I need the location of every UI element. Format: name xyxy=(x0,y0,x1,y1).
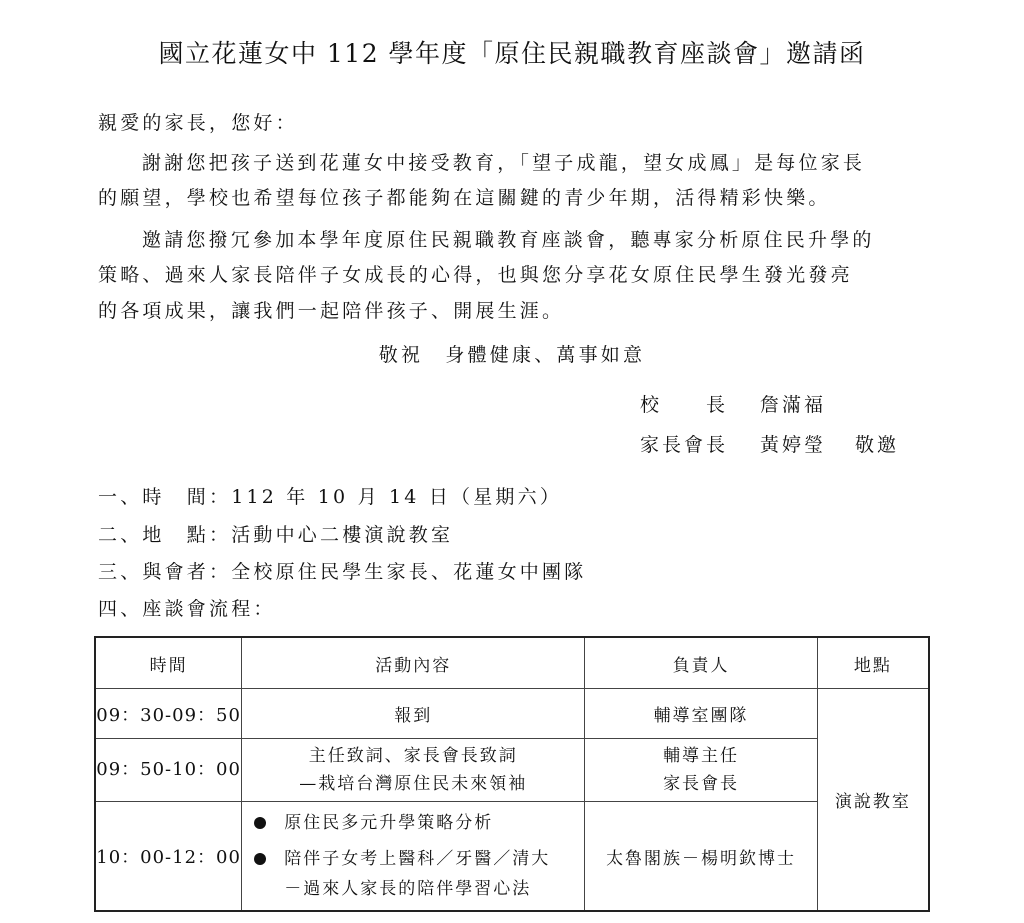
header-owner: 負責人 xyxy=(585,637,817,689)
detail-time-value: 112 年 10 月 14 日（星期六） xyxy=(231,486,562,508)
detail-location: 二、地 點：活動中心二樓演說教室 xyxy=(98,520,453,547)
pta-title: 家長會長 xyxy=(640,430,728,457)
row-time: 09：30-09：50 xyxy=(95,689,242,739)
invite-sign: 敬邀 xyxy=(855,430,899,457)
table-row: 10：00-12：00 原住民多元升學策略分析 陪伴子女考上醫科／牙醫／清大 －… xyxy=(95,802,929,912)
row-location: 演說教室 xyxy=(817,689,929,912)
bullet-icon xyxy=(254,817,266,829)
header-location: 地點 xyxy=(817,637,929,689)
paragraph2-line2: 策略、過來人家長陪伴子女成長的心得，也與您分享花女原住民學生發光發亮 xyxy=(98,260,853,287)
principal-name: 詹滿福 xyxy=(760,390,826,417)
detail-time: 一、時 間：112 年 10 月 14 日（星期六） xyxy=(98,482,562,509)
bullet-text: 陪伴子女考上醫科／牙醫／清大 xyxy=(284,844,550,874)
activity-line: 主任致詞、家長會長致詞 xyxy=(242,742,584,770)
schedule-table: 時間 活動內容 負責人 地點 09：30-09：50 報到 輔導室團隊 演說教室… xyxy=(94,636,930,912)
greeting: 親愛的家長，您好： xyxy=(98,108,298,135)
detail-attendees-label: 三、與會者： xyxy=(98,561,231,583)
row-activity: 原住民多元升學策略分析 陪伴子女考上醫科／牙醫／清大 －過來人家長的陪伴學習心法 xyxy=(242,802,585,912)
detail-attendees-value: 全校原住民學生家長、花蓮女中團隊 xyxy=(231,561,586,583)
detail-location-label: 二、地 點： xyxy=(98,524,231,546)
detail-attendees: 三、與會者：全校原住民學生家長、花蓮女中團隊 xyxy=(98,557,586,584)
detail-time-label: 一、時 間： xyxy=(98,486,231,508)
pta-name: 黃婷瑩 xyxy=(760,430,826,457)
page-title: 國立花蓮女中 112 學年度「原住民親職教育座談會」邀請函 xyxy=(0,34,1024,70)
bullet-text: 原住民多元升學策略分析 xyxy=(284,808,493,838)
owner-line: 輔導主任 xyxy=(585,742,816,770)
bullet-item: 陪伴子女考上醫科／牙醫／清大 xyxy=(254,844,584,874)
row-owner: 太魯閣族－楊明欽博士 xyxy=(585,802,817,912)
row-activity: 報到 xyxy=(242,689,585,739)
paragraph2-line3: 的各項成果，讓我們一起陪伴孩子、開展生涯。 xyxy=(98,296,564,323)
row-owner: 輔導室團隊 xyxy=(585,689,817,739)
row-owner: 輔導主任 家長會長 xyxy=(585,739,817,802)
activity-line: —栽培台灣原住民未來領袖 xyxy=(242,770,584,798)
bullet-continuation: －過來人家長的陪伴學習心法 xyxy=(254,874,584,904)
paragraph1-line1: 謝謝您把孩子送到花蓮女中接受教育，「望子成龍，望女成鳳」是每位家長 xyxy=(142,148,865,175)
bullet-icon xyxy=(254,853,266,865)
detail-location-value: 活動中心二樓演說教室 xyxy=(231,524,453,546)
owner-line: 家長會長 xyxy=(585,770,816,798)
bullet-item: 原住民多元升學策略分析 xyxy=(254,808,584,838)
row-activity: 主任致詞、家長會長致詞 —栽培台灣原住民未來領袖 xyxy=(242,739,585,802)
detail-agenda-label: 四、座談會流程： xyxy=(98,598,276,620)
principal-title: 校 長 xyxy=(640,390,728,417)
table-row: 09：50-10：00 主任致詞、家長會長致詞 —栽培台灣原住民未來領袖 輔導主… xyxy=(95,739,929,802)
table-header-row: 時間 活動內容 負責人 地點 xyxy=(95,637,929,689)
paragraph2-line1: 邀請您撥冗參加本學年度原住民親職教育座談會，聽專家分析原住民升學的 xyxy=(142,225,875,252)
row-time: 09：50-10：00 xyxy=(95,739,242,802)
row-time: 10：00-12：00 xyxy=(95,802,242,912)
header-time: 時間 xyxy=(95,637,242,689)
detail-agenda: 四、座談會流程： xyxy=(98,594,276,621)
header-activity: 活動內容 xyxy=(242,637,585,689)
paragraph1-line2: 的願望，學校也希望每位孩子都能夠在這關鍵的青少年期，活得精彩快樂。 xyxy=(98,183,831,210)
table-row: 09：30-09：50 報到 輔導室團隊 演說教室 xyxy=(95,689,929,739)
closing-wishes: 敬祝 身體健康、萬事如意 xyxy=(0,340,1024,367)
